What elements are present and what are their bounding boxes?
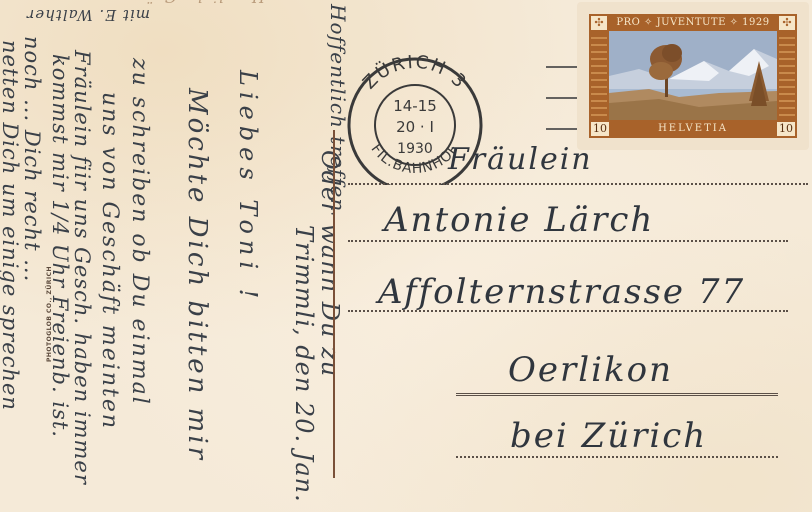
message-line: Liebes Toni ! — [234, 70, 262, 304]
svg-text:ZÜRICH 3: ZÜRICH 3 — [359, 55, 471, 94]
address-region: bei Zürich — [510, 416, 707, 456]
stamp-corner-ornament-icon: ✣ — [779, 16, 795, 30]
message-line: kommst mir 1/4 Uhr Freienb. ist. — [48, 54, 72, 438]
printer-credit: PHOTOGLOB CO., ZÜRICH — [46, 266, 53, 362]
message-line: uns von Geschäft meinten — [97, 92, 122, 430]
address-salutation: Fräulein — [448, 142, 593, 177]
stamp-value-left: 10 — [591, 122, 609, 136]
divider-line — [333, 130, 335, 478]
svg-text:1930: 1930 — [397, 141, 433, 157]
stamp-side-ornament — [779, 32, 795, 120]
postcard-back: Herzliche Grüsse mit E. Walther Hoffentl… — [0, 0, 812, 512]
address-street: Affolternstrasse 77 — [378, 272, 745, 312]
address-line-rule — [456, 456, 778, 458]
stamp-side-ornament — [591, 32, 607, 120]
address-line-rule — [348, 240, 788, 242]
message-line: netten Dich um einige sprechen — [0, 40, 22, 411]
postage-stamp: ✣ ✣ PRO ✧ JUVENTUTE ✧ 1929 — [577, 2, 809, 150]
message-line: Möchte Dich bitten mir — [182, 88, 212, 462]
message-line: zu schreiben ob Du einmal — [127, 58, 152, 406]
message-line: noch ... Dich recht ... — [20, 36, 44, 282]
stamp-frame: ✣ ✣ PRO ✧ JUVENTUTE ✧ 1929 — [589, 14, 797, 138]
address-city: Oerlikon — [508, 350, 673, 390]
stamp-landscape-image — [609, 31, 777, 120]
stamp-value-right: 10 — [777, 122, 795, 136]
svg-text:20 · I: 20 · I — [396, 118, 434, 136]
stamp-top-text: PRO ✧ JUVENTUTE ✧ 1929 — [611, 16, 775, 30]
address-line-rule — [348, 183, 808, 185]
address-line-rule — [348, 310, 788, 312]
message-line: Trimmli, den 20. Jan. — [290, 225, 318, 503]
address-name: Antonie Lärch — [384, 200, 654, 240]
stamp-corner-ornament-icon: ✣ — [591, 16, 607, 30]
address-line-rule — [456, 393, 778, 396]
corner-note: mit E. Walther — [26, 6, 150, 24]
message-line: Fräulein fiir uns Gesch. haben immer — [70, 50, 94, 485]
svg-text:14-15: 14-15 — [393, 97, 437, 115]
stamp-country-text: HELVETIA — [629, 122, 757, 136]
